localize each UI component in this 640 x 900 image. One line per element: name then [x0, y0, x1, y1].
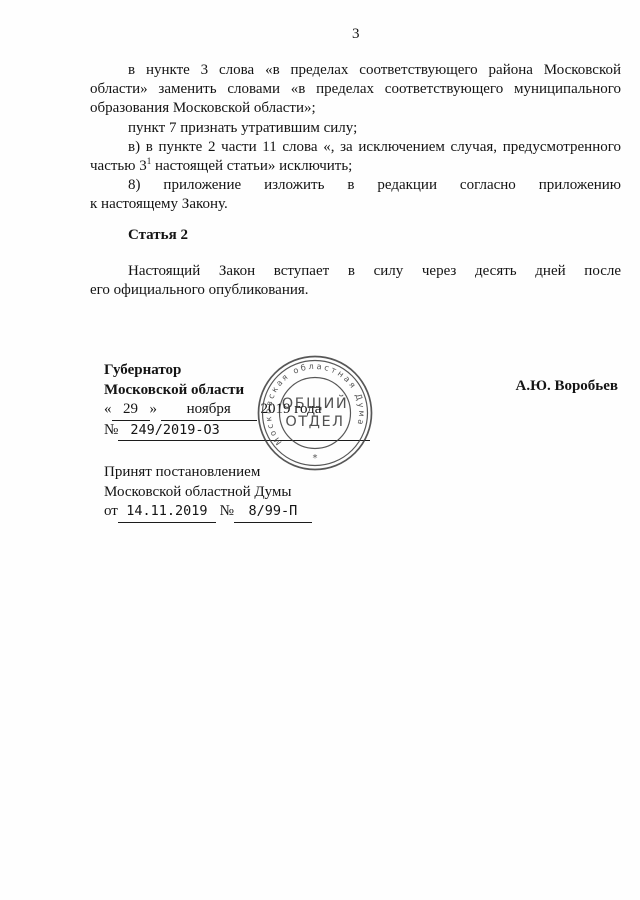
date-day-field: 29 [112, 400, 150, 421]
official-round-stamp: Московская областная Дума * ОБЩИЙ ОТДЕЛ [246, 344, 384, 482]
quote-close: » [150, 401, 158, 417]
stamp-star: * [313, 453, 318, 464]
stamp-center-line2: ОТДЕЛ [285, 414, 344, 430]
stamp-center-line1: ОБЩИЙ [282, 394, 348, 412]
paragraph-line: его официального опубликования. [90, 281, 621, 300]
resolution-number-field: 8/99-П [234, 502, 312, 523]
paragraph-line: к настоящему Закону. [90, 195, 621, 214]
page-number: 3 [352, 26, 360, 43]
paragraph-line: Настоящий Закон вступает в силу через де… [90, 262, 621, 281]
paragraph-line: области» заменить словами «в пределах со… [90, 80, 621, 99]
quote-open: « [104, 401, 112, 417]
from-label: от [104, 503, 118, 519]
document-body: в нункте 3 слова «в пределах соответству… [90, 61, 621, 300]
stamp-inner-ring [280, 378, 351, 449]
date-month-field: ноября [161, 400, 257, 421]
signer-name: А.Ю. Воробьев [515, 378, 618, 395]
paragraph-line: пункт 7 признать утратившим силу; [90, 119, 621, 138]
document-page: 3 в нункте 3 слова «в пределах соответст… [0, 0, 640, 900]
adoption-line: Московской областной Думы [104, 483, 504, 503]
adoption-date-line: от14.11.2019 №8/99-П [104, 502, 504, 523]
article-heading: Статья 2 [90, 226, 621, 245]
paragraph-line: в) в пункте 2 части 11 слова «, за исклю… [90, 138, 621, 157]
paragraph-text: частью 3 [90, 158, 147, 174]
paragraph-line: 8) приложение изложить в редакции соглас… [90, 176, 621, 195]
resolution-date-field: 14.11.2019 [118, 502, 216, 523]
paragraph-text: настоящей статьи» исключить; [151, 158, 352, 174]
paragraph-line: образования Московской области»; [90, 99, 621, 118]
paragraph-line: частью 31 настоящей статьи» исключить; [90, 157, 621, 176]
stamp-graphic: Московская областная Дума * ОБЩИЙ ОТДЕЛ [246, 344, 384, 482]
number-label: № [220, 503, 234, 519]
paragraph-line: в нункте 3 слова «в пределах соответству… [90, 61, 621, 80]
number-label: № [104, 422, 118, 438]
